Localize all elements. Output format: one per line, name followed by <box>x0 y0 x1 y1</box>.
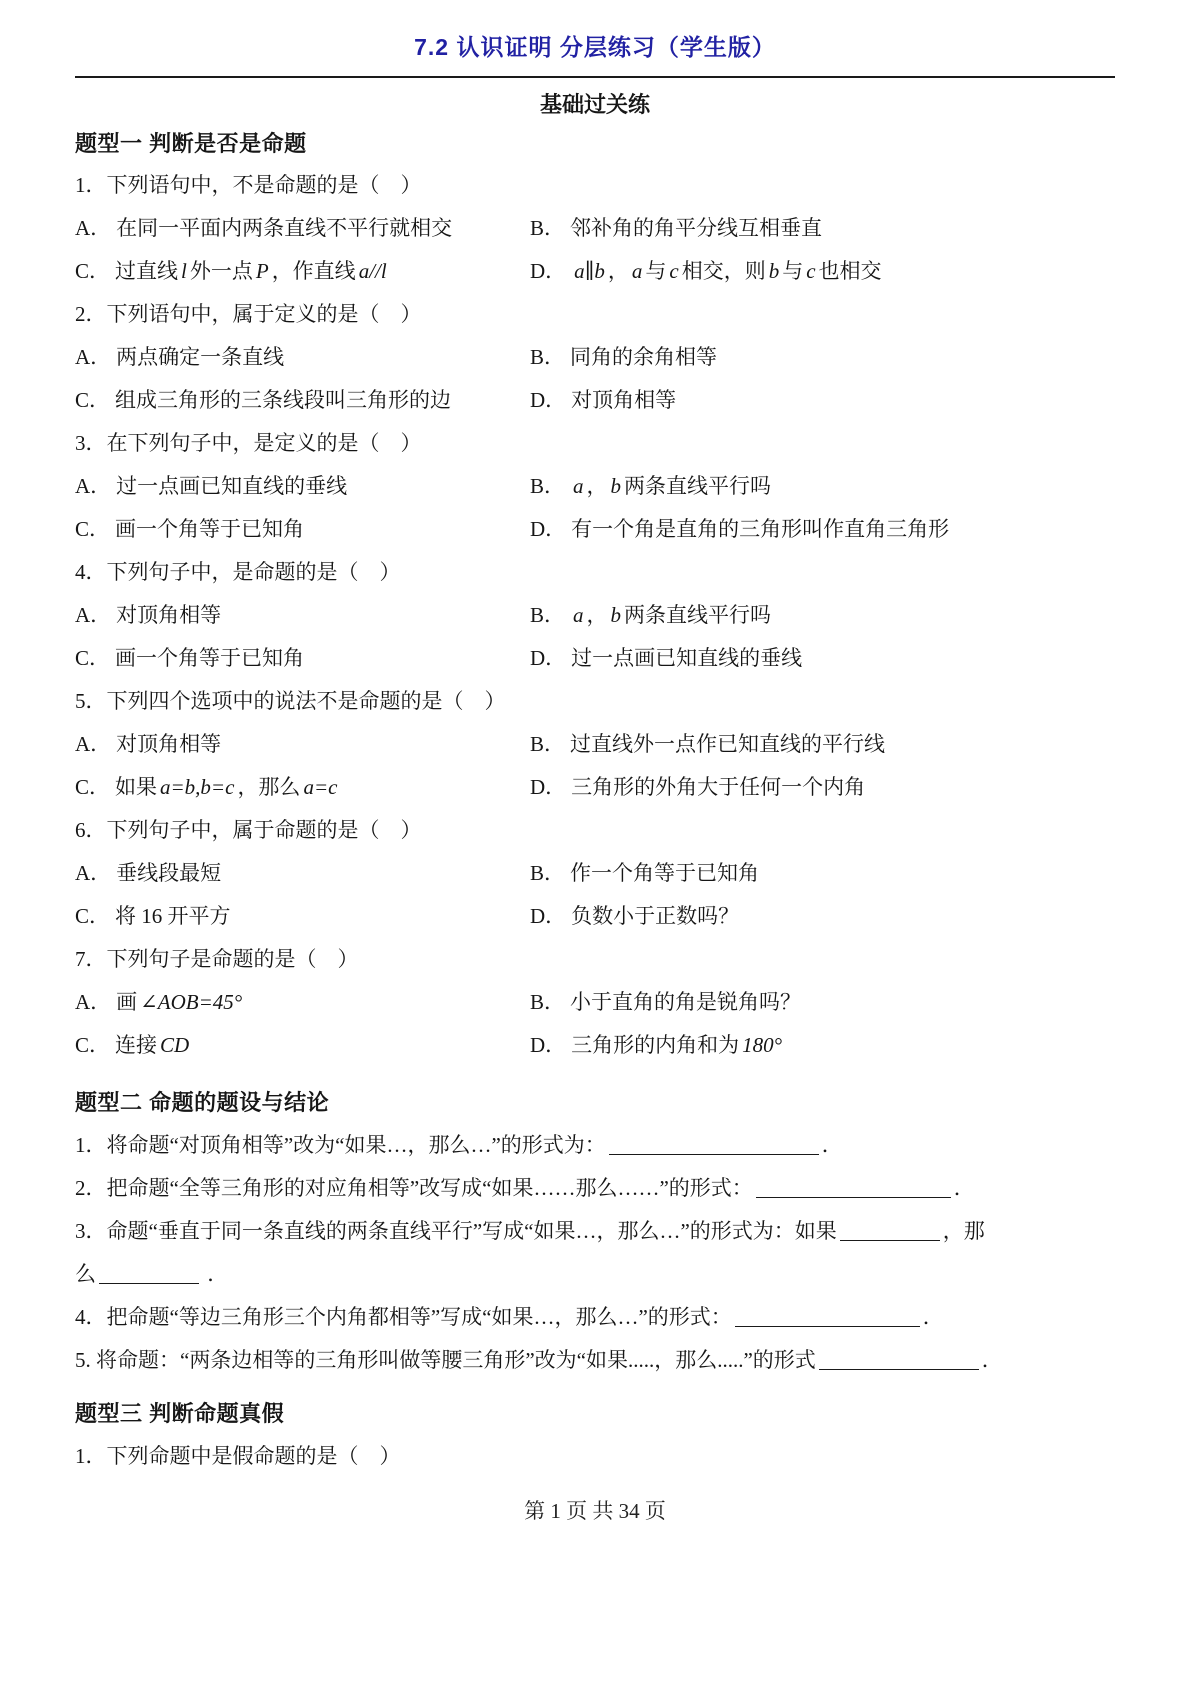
option-text: 作一个角等于已知角 <box>570 861 759 885</box>
option-label: A． <box>75 603 111 627</box>
text-segment: ， <box>608 259 629 283</box>
t3-q1-stem: 1．下列命题中是假命题的是（ ） <box>75 1435 1115 1478</box>
q4-option-d: D．过一点画已知直线的垂线 <box>530 637 1115 680</box>
q5-option-a: A．对顶角相等 <box>75 723 530 766</box>
text-segment: ， <box>587 474 608 498</box>
q4-stem: 4．下列句子中，是命题的是（ ） <box>75 551 1115 594</box>
q1-option-d: D．a∥b，a与c相交，则b与c也相交 <box>530 250 1115 293</box>
text-segment: P <box>253 259 272 283</box>
option-label: C． <box>75 775 110 799</box>
text-segment: c <box>666 259 681 283</box>
option-text: 画一个角等于已知角 <box>115 646 304 670</box>
text-segment: 4．把命题“等边三角形三个内角都相等”写成“如果…，那么…”的形式： <box>75 1305 732 1329</box>
option-label: B． <box>530 603 565 627</box>
topic3-heading: 题型三 判断命题真假 <box>75 1392 1115 1435</box>
text-segment: 画 <box>116 990 137 1014</box>
option-text: 两点确定一条直线 <box>116 345 284 369</box>
option-label: A． <box>75 345 111 369</box>
q6-options-cd: C．将 16 开平方 D．负数小于正数吗？ <box>75 895 1115 938</box>
text-segment: 三角形的内角和为 <box>571 1033 739 1057</box>
option-text: 对顶角相等 <box>571 388 676 412</box>
option-text: 如果a=b,b=c，那么a=c <box>115 775 340 799</box>
text-segment: 两条直线平行吗 <box>624 474 771 498</box>
q1-options-ab: A．在同一平面内两条直线不平行就相交 B．邻补角的角平分线互相垂直 <box>75 207 1115 250</box>
q1-option-c: C．过直线l外一点P，作直线a//l <box>75 250 530 293</box>
text-segment: 垂线段最短 <box>116 861 221 885</box>
answer-blank <box>99 1263 199 1284</box>
text-segment: a <box>570 474 587 498</box>
option-text: 垂线段最短 <box>116 861 221 885</box>
text-segment: 过一点画已知直线的垂线 <box>571 646 802 670</box>
text-segment: ． <box>923 1305 944 1329</box>
q5-options-cd: C．如果a=b,b=c，那么a=c D．三角形的外角大于任何一个内角 <box>75 766 1115 809</box>
option-text: 连接CD <box>115 1033 192 1057</box>
q2-options-ab: A．两点确定一条直线 B．同角的余角相等 <box>75 336 1115 379</box>
topic1-heading: 题型一 判断是否是命题 <box>75 124 1115 164</box>
text-segment: 3．命题“垂直于同一条直线的两条直线平行”写成“如果…，那么…”的形式为：如果 <box>75 1219 837 1243</box>
q6-stem: 6．下列句子中，属于命题的是（ ） <box>75 809 1115 852</box>
option-label: B． <box>530 474 565 498</box>
text-segment: 对顶角相等 <box>116 732 221 756</box>
option-label: B． <box>530 990 565 1014</box>
text-segment: a <box>570 603 587 627</box>
q4-option-a: A．对顶角相等 <box>75 594 530 637</box>
option-label: D． <box>530 904 566 928</box>
text-segment: l <box>178 259 190 283</box>
option-text: a，b两条直线平行吗 <box>570 603 771 627</box>
option-text: 有一个角是直角的三角形叫作直角三角形 <box>571 517 949 541</box>
t2-item-2: 2．把命题“全等三角形的对应角相等”改写成“如果……那么……”的形式：． <box>75 1167 1115 1210</box>
q5-option-d: D．三角形的外角大于任何一个内角 <box>530 766 1115 809</box>
text-segment: 三角形的外角大于任何一个内角 <box>571 775 865 799</box>
option-label: D． <box>530 1033 566 1057</box>
q2-option-d: D．对顶角相等 <box>530 379 1115 422</box>
text-segment: ，那么 <box>237 775 300 799</box>
option-text: 组成三角形的三条线段叫三角形的边 <box>115 388 451 412</box>
q2-option-c: C．组成三角形的三条线段叫三角形的边 <box>75 379 530 422</box>
text-segment: ． <box>202 1262 228 1286</box>
q6-option-b: B．作一个角等于已知角 <box>530 852 1115 895</box>
text-segment: ． <box>954 1176 975 1200</box>
t2-item-4: 4．把命题“等边三角形三个内角都相等”写成“如果…，那么…”的形式：． <box>75 1296 1115 1339</box>
q3-option-b: B．a，b两条直线平行吗 <box>530 465 1115 508</box>
text-segment: 如果 <box>115 775 157 799</box>
option-label: D． <box>530 259 566 283</box>
q2-stem: 2．下列语句中，属于定义的是（ ） <box>75 293 1115 336</box>
option-label: B． <box>530 345 565 369</box>
text-segment: 小于直角的角是锐角吗？ <box>570 990 801 1014</box>
option-text: 画一个角等于已知角 <box>115 517 304 541</box>
option-text: 画∠AOB=45° <box>116 990 245 1014</box>
q5-options-ab: A．对顶角相等 B．过直线外一点作已知直线的平行线 <box>75 723 1115 766</box>
text-segment: ． <box>822 1133 843 1157</box>
option-label: A． <box>75 861 111 885</box>
q5-option-b: B．过直线外一点作已知直线的平行线 <box>530 723 1115 766</box>
text-segment: CD <box>157 1033 192 1057</box>
text-segment: a=b,b=c <box>157 775 237 799</box>
q4-option-c: C．画一个角等于已知角 <box>75 637 530 680</box>
text-segment: 相交，则 <box>682 259 766 283</box>
option-label: A． <box>75 474 111 498</box>
q1-option-b: B．邻补角的角平分线互相垂直 <box>530 207 1115 250</box>
option-text: 同角的余角相等 <box>570 345 717 369</box>
text-segment: 么 <box>75 1262 96 1286</box>
text-segment: 两点确定一条直线 <box>116 345 284 369</box>
text-segment: a <box>629 259 646 283</box>
q3-option-a: A．过一点画已知直线的垂线 <box>75 465 530 508</box>
q3-stem: 3．在下列句子中，是定义的是（ ） <box>75 422 1115 465</box>
text-segment: 负数小于正数吗？ <box>571 904 739 928</box>
option-label: D． <box>530 646 566 670</box>
option-text: 邻补角的角平分线互相垂直 <box>570 216 822 240</box>
q7-options-ab: A．画∠AOB=45° B．小于直角的角是锐角吗？ <box>75 981 1115 1024</box>
text-segment: 也相交 <box>819 259 882 283</box>
answer-blank <box>819 1349 979 1370</box>
option-label: A． <box>75 216 111 240</box>
option-text: 过直线l外一点P，作直线a//l <box>115 259 390 283</box>
q4-options-cd: C．画一个角等于已知角 D．过一点画已知直线的垂线 <box>75 637 1115 680</box>
text-segment: b <box>766 259 783 283</box>
option-label: C． <box>75 517 110 541</box>
text-segment: ，那 <box>943 1219 985 1243</box>
option-text: a∥b，a与c相交，则b与c也相交 <box>571 259 881 283</box>
text-segment: 1．将命题“对顶角相等”改为“如果…，那么…”的形式为： <box>75 1133 606 1157</box>
q4-option-b: B．a，b两条直线平行吗 <box>530 594 1115 637</box>
text-segment: 对顶角相等 <box>116 603 221 627</box>
text-segment: b <box>608 474 625 498</box>
option-label: B． <box>530 861 565 885</box>
answer-blank <box>735 1306 920 1327</box>
option-label: D． <box>530 517 566 541</box>
option-text: 负数小于正数吗？ <box>571 904 739 928</box>
option-text: 在同一平面内两条直线不平行就相交 <box>116 216 452 240</box>
q2-option-a: A．两点确定一条直线 <box>75 336 530 379</box>
text-segment: 对顶角相等 <box>571 388 676 412</box>
q7-option-b: B．小于直角的角是锐角吗？ <box>530 981 1115 1024</box>
text-segment: a//l <box>356 259 390 283</box>
q1-stem: 1．下列语句中，不是命题的是（ ） <box>75 164 1115 207</box>
option-text: 过一点画已知直线的垂线 <box>571 646 802 670</box>
option-text: 小于直角的角是锐角吗？ <box>570 990 801 1014</box>
q3-option-d: D．有一个角是直角的三角形叫作直角三角形 <box>530 508 1115 551</box>
page-number: 第 1 页 共 34 页 <box>0 1496 1190 1526</box>
text-segment: ， <box>587 603 608 627</box>
section-header: 基础过关练 <box>75 86 1115 124</box>
q7-option-a: A．画∠AOB=45° <box>75 981 530 1024</box>
q3-options-cd: C．画一个角等于已知角 D．有一个角是直角的三角形叫作直角三角形 <box>75 508 1115 551</box>
text-segment: 有一个角是直角的三角形叫作直角三角形 <box>571 517 949 541</box>
q1-option-a: A．在同一平面内两条直线不平行就相交 <box>75 207 530 250</box>
q6-option-a: A．垂线段最短 <box>75 852 530 895</box>
text-segment: 同角的余角相等 <box>570 345 717 369</box>
text-segment: 过直线 <box>115 259 178 283</box>
q2-option-b: B．同角的余角相等 <box>530 336 1115 379</box>
option-text: a，b两条直线平行吗 <box>570 474 771 498</box>
text-segment: 连接 <box>115 1033 157 1057</box>
q3-options-ab: A．过一点画已知直线的垂线 B．a，b两条直线平行吗 <box>75 465 1115 508</box>
worksheet-page: 7.2 认识证明 分层练习（学生版） 基础过关练 题型一 判断是否是命题 1．下… <box>0 0 1190 1682</box>
q5-option-c: C．如果a=b,b=c，那么a=c <box>75 766 530 809</box>
q5-stem: 5．下列四个选项中的说法不是命题的是（ ） <box>75 680 1115 723</box>
option-label: B． <box>530 216 565 240</box>
option-label: C． <box>75 388 110 412</box>
text-segment: 组成三角形的三条线段叫三角形的边 <box>115 388 451 412</box>
t2-item-3-line2: 么 ． <box>75 1253 1115 1296</box>
text-segment: 在同一平面内两条直线不平行就相交 <box>116 216 452 240</box>
text-segment: ，作直线 <box>272 259 356 283</box>
text-segment: a=c <box>300 775 340 799</box>
q2-options-cd: C．组成三角形的三条线段叫三角形的边 D．对顶角相等 <box>75 379 1115 422</box>
q1-options-cd: C．过直线l外一点P，作直线a//l D．a∥b，a与c相交，则b与c也相交 <box>75 250 1115 293</box>
option-text: 过一点画已知直线的垂线 <box>116 474 347 498</box>
t2-item-1: 1．将命题“对顶角相等”改为“如果…，那么…”的形式为：． <box>75 1124 1115 1167</box>
option-text: 将 16 开平方 <box>115 904 231 928</box>
option-text: 对顶角相等 <box>116 603 221 627</box>
text-segment: 画一个角等于已知角 <box>115 646 304 670</box>
option-text: 过直线外一点作已知直线的平行线 <box>570 732 885 756</box>
text-segment: a∥b <box>571 259 608 283</box>
q6-option-d: D．负数小于正数吗？ <box>530 895 1115 938</box>
text-segment: 过一点画已知直线的垂线 <box>116 474 347 498</box>
text-segment: 5. 将命题：“两条边相等的三角形叫做等腰三角形”改为“如果.....，那么..… <box>75 1348 816 1372</box>
q7-option-d: D．三角形的内角和为180° <box>530 1024 1115 1067</box>
text-segment: 画一个角等于已知角 <box>115 517 304 541</box>
q6-option-c: C．将 16 开平方 <box>75 895 530 938</box>
text-segment: 与 <box>782 259 803 283</box>
text-segment: 外一点 <box>190 259 253 283</box>
text-segment: 2．把命题“全等三角形的对应角相等”改写成“如果……那么……”的形式： <box>75 1176 753 1200</box>
text-segment: ． <box>982 1348 1003 1372</box>
option-text: 三角形的外角大于任何一个内角 <box>571 775 865 799</box>
q7-options-cd: C．连接CD D．三角形的内角和为180° <box>75 1024 1115 1067</box>
option-label: D． <box>530 775 566 799</box>
q4-options-ab: A．对顶角相等 B．a，b两条直线平行吗 <box>75 594 1115 637</box>
text-segment: b <box>608 603 625 627</box>
text-segment: 邻补角的角平分线互相垂直 <box>570 216 822 240</box>
q6-options-ab: A．垂线段最短 B．作一个角等于已知角 <box>75 852 1115 895</box>
answer-blank <box>840 1220 940 1241</box>
text-segment: 将 16 开平方 <box>115 904 231 928</box>
option-label: B． <box>530 732 565 756</box>
text-segment: 作一个角等于已知角 <box>570 861 759 885</box>
text-segment: 过直线外一点作已知直线的平行线 <box>570 732 885 756</box>
option-label: A． <box>75 990 111 1014</box>
q3-option-c: C．画一个角等于已知角 <box>75 508 530 551</box>
option-label: D． <box>530 388 566 412</box>
option-label: C． <box>75 1033 110 1057</box>
page-title: 7.2 认识证明 分层练习（学生版） <box>75 30 1115 64</box>
text-segment: 两条直线平行吗 <box>624 603 771 627</box>
answer-blank <box>756 1177 951 1198</box>
q7-stem: 7．下列句子是命题的是（ ） <box>75 938 1115 981</box>
text-segment: c <box>803 259 818 283</box>
text-segment: ∠AOB=45° <box>137 990 245 1014</box>
answer-blank <box>609 1134 819 1155</box>
t2-item-5: 5. 将命题：“两条边相等的三角形叫做等腰三角形”改为“如果.....，那么..… <box>75 1339 1115 1382</box>
option-label: A． <box>75 732 111 756</box>
q7-option-c: C．连接CD <box>75 1024 530 1067</box>
option-label: C． <box>75 904 110 928</box>
topic2-heading: 题型二 命题的题设与结论 <box>75 1081 1115 1124</box>
option-label: C． <box>75 259 110 283</box>
t2-item-3-line1: 3．命题“垂直于同一条直线的两条直线平行”写成“如果…，那么…”的形式为：如果，… <box>75 1210 1115 1253</box>
option-text: 对顶角相等 <box>116 732 221 756</box>
text-segment: 与 <box>645 259 666 283</box>
option-text: 三角形的内角和为180° <box>571 1033 785 1057</box>
header-divider <box>75 76 1115 78</box>
option-label: C． <box>75 646 110 670</box>
text-segment: 180° <box>739 1033 785 1057</box>
